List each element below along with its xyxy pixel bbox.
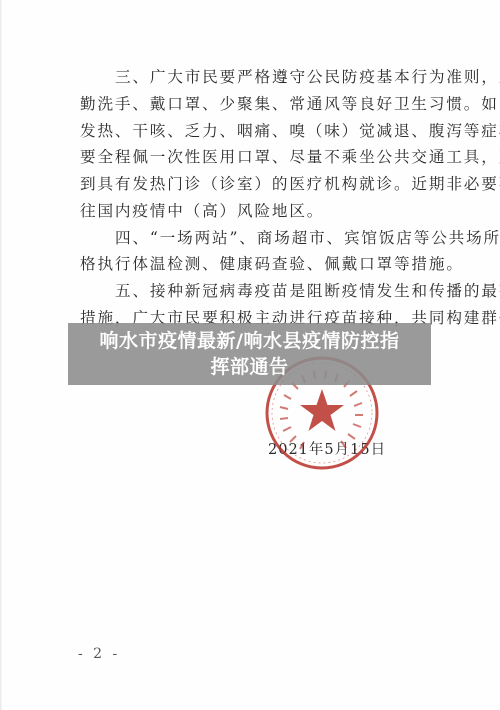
paragraph-4-line-2: 格执行体温检测、健康码查验、佩戴口罩等措施。 bbox=[80, 251, 432, 278]
paragraph-5-line-1: 五、接种新冠病毒疫苗是阻断疫情发生和传播的最有效 bbox=[80, 278, 432, 305]
page-edge-shadow bbox=[0, 0, 2, 710]
paragraph-3-line-1: 三、广大市民要严格遵守公民防疫基本行为准则，坚持 bbox=[80, 64, 432, 91]
banner-title-line-1: 响水市疫情最新/响水县疫情防控指 bbox=[100, 328, 400, 354]
page-number: - 2 - bbox=[78, 646, 120, 662]
paragraph-3-line-2: 勤洗手、戴口罩、少聚集、常通风等良好卫生习惯。如出现 bbox=[80, 91, 432, 118]
paragraph-3-line-6: 往国内疫情中（高）风险地区。 bbox=[80, 198, 432, 225]
banner-title-line-2: 挥部通告 bbox=[210, 354, 288, 380]
paragraph-4-line-1: 四、“一场两站”、商场超市、宾馆饭店等公共场所要严 bbox=[80, 225, 432, 252]
paragraph-3-line-3: 发热、干咳、乏力、咽痛、嗅（味）觉减退、腹泻等症状， bbox=[80, 118, 432, 145]
document-page: 三、广大市民要严格遵守公民防疫基本行为准则，坚持 勤洗手、戴口罩、少聚集、常通风… bbox=[0, 0, 500, 710]
document-body: 三、广大市民要严格遵守公民防疫基本行为准则，坚持 勤洗手、戴口罩、少聚集、常通风… bbox=[80, 64, 432, 332]
paragraph-3-line-5: 到具有发热门诊（诊室）的医疗机构就诊。近期非必要不前 bbox=[80, 171, 432, 198]
paragraph-3-line-4: 要全程佩一次性医用口罩、尽量不乘坐公共交通工具，及时 bbox=[80, 144, 432, 171]
title-banner: 响水市疫情最新/响水县疫情防控指 挥部通告 bbox=[68, 323, 431, 385]
